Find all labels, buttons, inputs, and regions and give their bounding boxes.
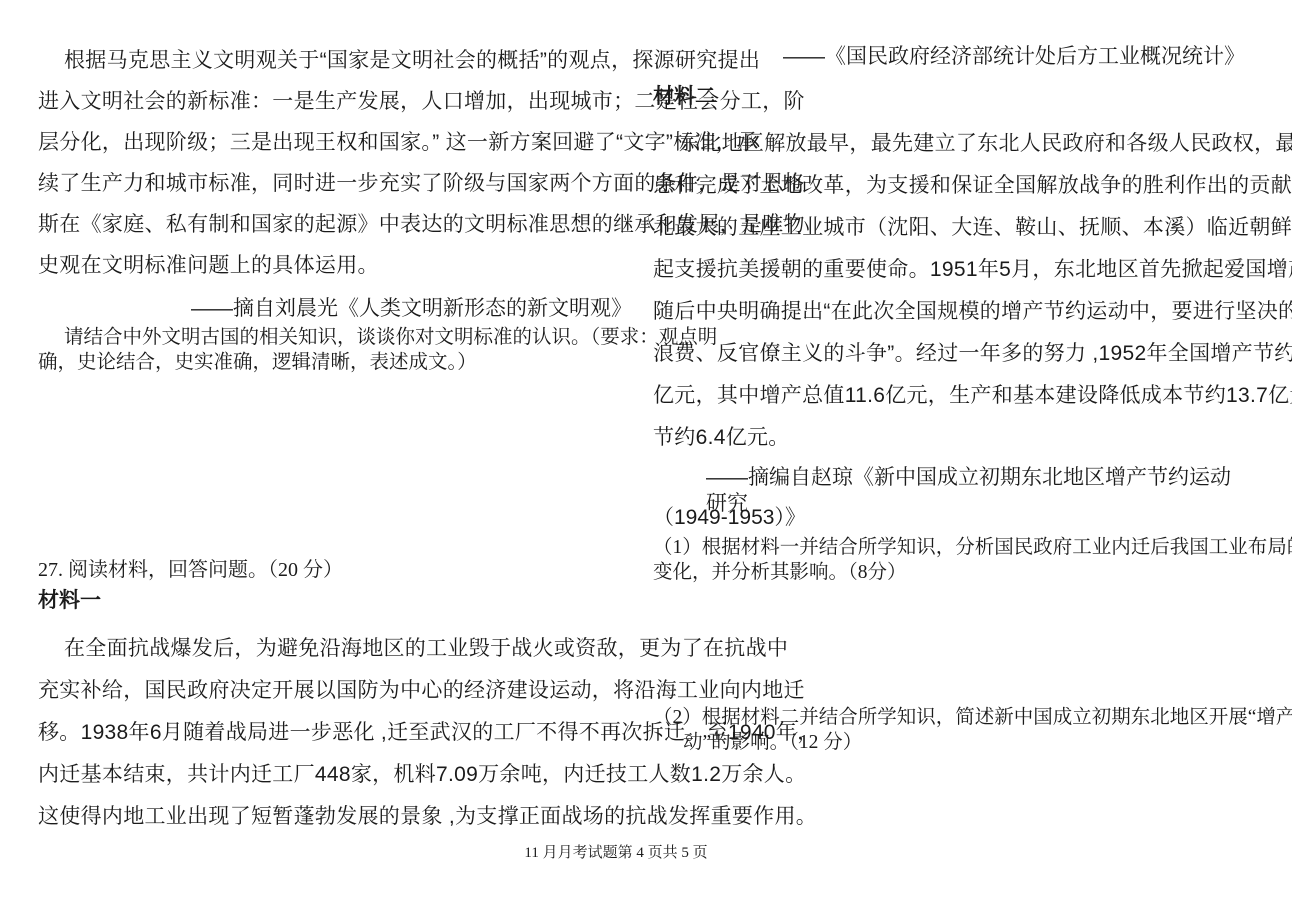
text-line: （1）根据材料一并结合所学知识，分析国民政府工业内迁后我国工业布局的发生的 [653,535,1245,560]
text-line: 起支援抗美援朝的重要使命。1951年5月，东北地区首先掀起爱国增产节约运动， [653,249,1245,291]
paragraph-material-2: 东北地区解放最早，最先建立了东北人民政府和各级人民政权，最先剿灭了匪 患和完成了… [653,123,1245,459]
text-line: 亿元，其中增产总值11.6亿元，生产和基本建设降低成本节约13.7亿元，流动资金 [653,375,1245,417]
citation-statistics-bureau: ——《国民政府经济部统计处后方工业概况统计》 [653,44,1245,70]
text-line: 患和完成了土地改革，为支援和保证全国解放战争的胜利作出的贡献最大。又因东 [653,165,1245,207]
text-line: 东北地区解放最早，最先建立了东北人民政府和各级人民政权，最先剿灭了匪 [653,123,1245,165]
right-column: ——《国民政府经济部统计处后方工业概况统计》 材料二 东北地区解放最早，最先建立… [653,0,1245,900]
text-line: 移。1938年6月随着战局进一步恶化 ,迁至武汉的工厂不得不再次拆迁。至1940… [38,712,632,754]
text-line: 变化，并分析其影响。（8分） [653,560,1245,585]
text-line: 史观在文明标准问题上的具体运用。 [38,245,632,286]
citation-zhao-qiong-line2: （1949-1953）》 [653,505,1245,531]
paragraph-material-1: 在全面抗战爆发后，为避免沿海地区的工业毁于战火或资敌，更为了在抗战中 充实补给，… [38,628,632,838]
text-line: 层分化，出现阶级；三是出现王权和国家。” 这一新方案回避了“文字”标准，承 [38,122,632,163]
exam-page: 根据马克思主义文明观关于“国家是文明社会的概括”的观点，探源研究提出 进入文明社… [0,0,1292,900]
material-1-label: 材料一 [38,588,632,614]
material-2-label: 材料二 [653,84,1245,110]
text-line: 斯在《家庭、私有制和国家的起源》中表达的文明标准思想的继承和发展，是唯物 [38,204,632,245]
text-line: 进入文明社会的新标准：一是生产发展，人口增加，出现城市；二是社会分工，阶 [38,81,632,122]
question-27-heading: 27. 阅读材料，回答问题。（20 分） [38,557,632,583]
text-line: 动”的影响。（12 分） [653,730,1245,755]
text-line: 根据马克思主义文明观关于“国家是文明社会的概括”的观点，探源研究提出 [38,40,632,81]
text-line: 在全面抗战爆发后，为避免沿海地区的工业毁于战火或资敌，更为了在抗战中 [38,628,632,670]
citation-liu-chenguang: ——摘自刘晨光《人类文明新形态的新文明观》 [38,296,632,322]
text-line: 续了生产力和城市标准，同时进一步充实了阶级与国家两个方面的条件，是对恩格 [38,163,632,204]
question-2: （2）根据材料二并结合所学知识，简述新中国成立初期东北地区开展“增产节约运 动”… [653,705,1245,755]
text-line: 随后中央明确提出“在此次全国规模的增产节约运动中，要进行坚决的反贪污、反 [653,291,1245,333]
text-line: 节约6.4亿元。 [653,417,1245,459]
task-26-prompt: 请结合中外文明古国的相关知识，谈谈你对文明标准的认识。（要求：观点明 确，史论结… [38,325,632,375]
text-line: 充实补给，国民政府决定开展以国防为中心的经济建设运动，将沿海工业向内地迁 [38,670,632,712]
text-line: 浪费、反官僚主义的斗争”。经过一年多的努力 ,1952年全国增产节约总值已达31… [653,333,1245,375]
question-1: （1）根据材料一并结合所学知识，分析国民政府工业内迁后我国工业布局的发生的 变化… [653,535,1245,585]
text-line: 北最大的五座工业城市（沈阳、大连、鞍山、抚顺、本溪）临近朝鲜前线，故担负 [653,207,1245,249]
text-line: 这使得内地工业出现了短暂蓬勃发展的景象 ,为支撑正面战场的抗战发挥重要作用。 [38,796,632,838]
text-line: 确，史论结合，史实准确，逻辑清晰，表述成文。） [38,350,632,375]
text-line: 内迁基本结束，共计内迁工厂448家，机料7.09万余吨，内迁技工人数1.2万余人… [38,754,632,796]
paragraph-civilization-standards: 根据马克思主义文明观关于“国家是文明社会的概括”的观点，探源研究提出 进入文明社… [38,40,632,286]
text-line: （2）根据材料二并结合所学知识，简述新中国成立初期东北地区开展“增产节约运 [653,705,1245,730]
text-line: 请结合中外文明古国的相关知识，谈谈你对文明标准的认识。（要求：观点明 [38,325,632,350]
left-column: 根据马克思主义文明观关于“国家是文明社会的概括”的观点，探源研究提出 进入文明社… [38,0,632,900]
page-footer: 11 月月考试题第 4 页共 5 页 [0,841,1232,862]
